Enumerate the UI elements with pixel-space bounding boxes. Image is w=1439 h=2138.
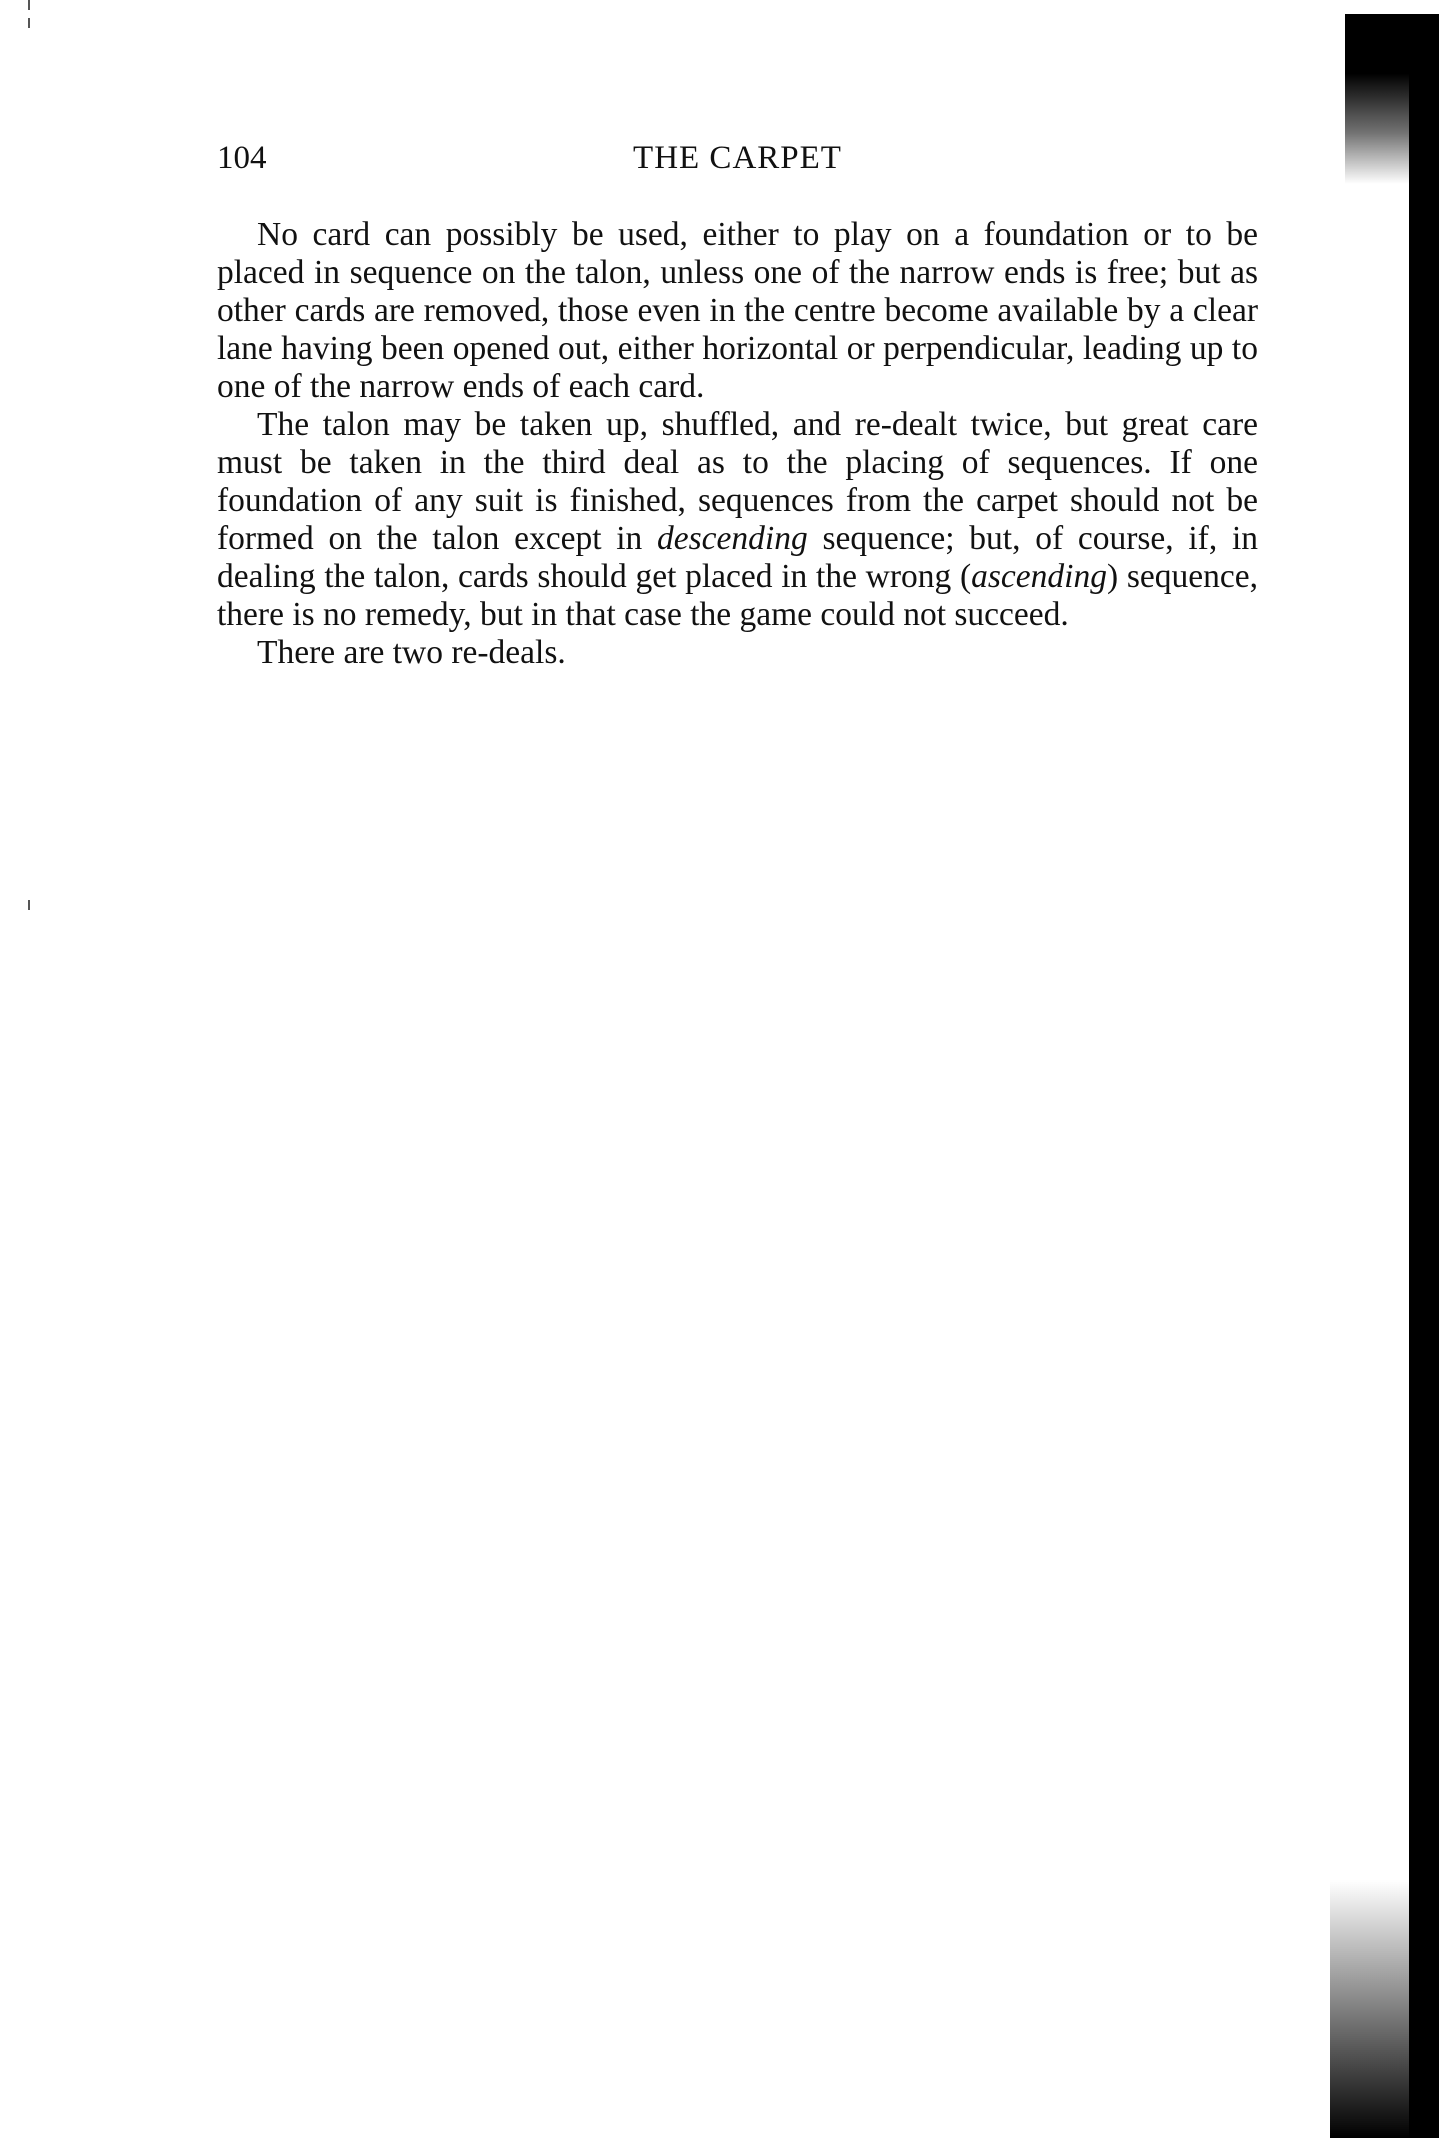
scan-edge-bottom-smudge — [1330, 1880, 1420, 2138]
scan-mark — [28, 18, 30, 28]
scan-mark — [28, 0, 30, 10]
body-text: No card can possibly be used, either to … — [217, 216, 1258, 672]
text-segment: There are two re-deals. — [257, 634, 566, 671]
scan-mark — [28, 900, 30, 910]
paragraph: There are two re-deals. — [217, 634, 1258, 672]
scan-edge-shadow — [1409, 14, 1439, 2138]
paragraph: The talon may be taken up, shuffled, and… — [217, 406, 1258, 634]
italic-term: descending — [657, 520, 808, 557]
page-header: 104 THE CARPET — [217, 140, 1258, 184]
running-title: THE CARPET — [217, 140, 1258, 177]
text-segment: No card can possibly be used, either to … — [217, 216, 1258, 405]
scan-edge-top-smudge — [1345, 14, 1415, 184]
italic-term: ascending — [971, 558, 1107, 595]
paragraph: No card can possibly be used, either to … — [217, 216, 1258, 406]
